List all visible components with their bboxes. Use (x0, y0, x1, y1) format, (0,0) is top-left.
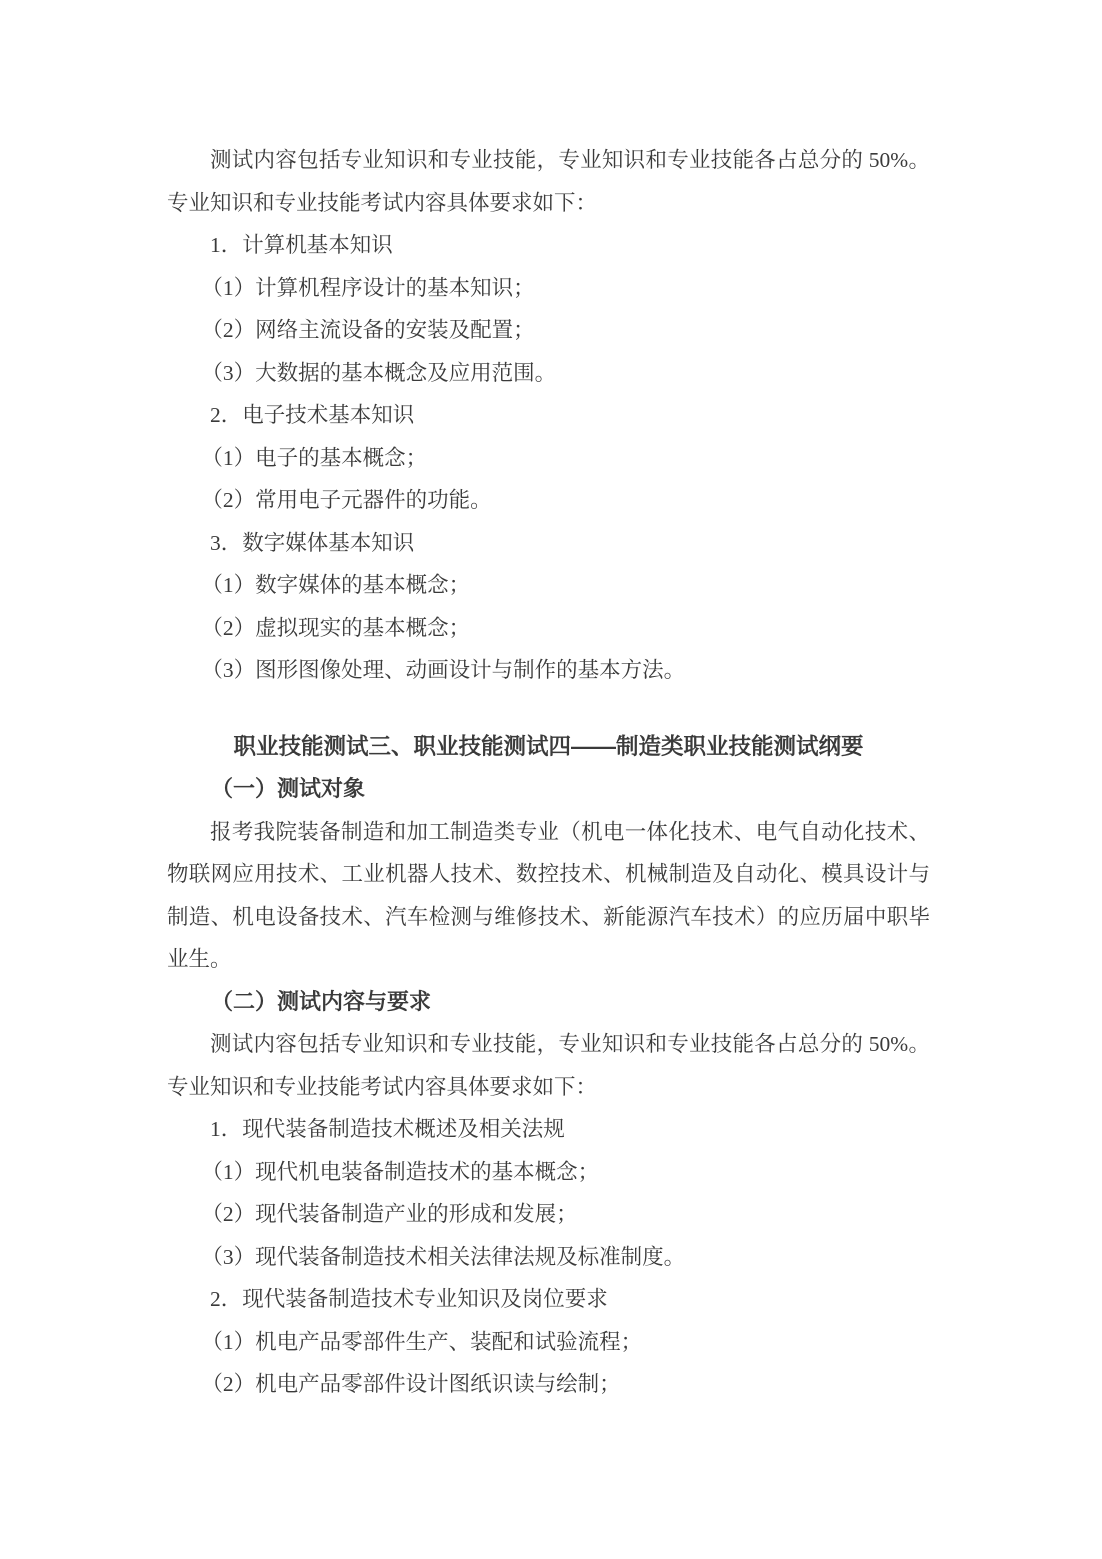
subitem-1-2-network-devices: （2）网络主流设备的安装及配置； (167, 309, 930, 352)
section-title-manufacturing: 职业技能测试三、职业技能测试四——制造类职业技能测试纲要 (167, 726, 930, 769)
subitem-1-1-programming: （1）计算机程序设计的基本知识； (167, 267, 930, 310)
subitem-3-1-digital-media: （1）数字媒体的基本概念； (167, 564, 930, 607)
intro-paragraph-it: 测试内容包括专业知识和专业技能，专业知识和专业技能各占总分的 50%。专业知识和… (167, 139, 930, 224)
heading-test-target: （一）测试对象 (167, 768, 930, 811)
subitem-3-2-virtual-reality: （2）虚拟现实的基本概念； (167, 607, 930, 650)
subitem-1-2-industry-growth: （2）现代装备制造产业的形成和发展； (167, 1193, 930, 1236)
paragraph-test-target: 报考我院装备制造和加工制造类专业（机电一体化技术、电气自动化技术、物联网应用技术… (167, 811, 930, 981)
subitem-3-3-graphics-anim: （3）图形图像处理、动画设计与制作的基本方法。 (167, 649, 930, 692)
item-3-digital-media-basics: 3．数字媒体基本知识 (167, 522, 930, 565)
subitem-2-1-electron-concept: （1）电子的基本概念； (167, 437, 930, 480)
intro-paragraph-manufacturing: 测试内容包括专业知识和专业技能，专业知识和专业技能各占总分的 50%。专业知识和… (167, 1023, 930, 1108)
subitem-1-1-mech-elec-concept: （1）现代机电装备制造技术的基本概念； (167, 1151, 930, 1194)
subitem-2-2-components: （2）常用电子元器件的功能。 (167, 479, 930, 522)
item-1-equipment-overview: 1．现代装备制造技术概述及相关法规 (167, 1108, 930, 1151)
subitem-1-3-big-data: （3）大数据的基本概念及应用范围。 (167, 352, 930, 395)
item-1-computer-basics: 1．计算机基本知识 (167, 224, 930, 267)
document-page: 测试内容包括专业知识和专业技能，专业知识和专业技能各占总分的 50%。专业知识和… (0, 0, 1102, 1559)
item-2-electronics-basics: 2．电子技术基本知识 (167, 394, 930, 437)
subitem-2-1-production-flow: （1）机电产品零部件生产、装配和试验流程； (167, 1321, 930, 1364)
heading-test-content: （二）测试内容与要求 (167, 981, 930, 1024)
item-2-pro-knowledge-posts: 2．现代装备制造技术专业知识及岗位要求 (167, 1278, 930, 1321)
subitem-1-3-laws-standards: （3）现代装备制造技术相关法律法规及标准制度。 (167, 1236, 930, 1279)
subitem-2-2-drawing-reading: （2）机电产品零部件设计图纸识读与绘制； (167, 1363, 930, 1406)
document-content: 测试内容包括专业知识和专业技能，专业知识和专业技能各占总分的 50%。专业知识和… (167, 139, 930, 1406)
